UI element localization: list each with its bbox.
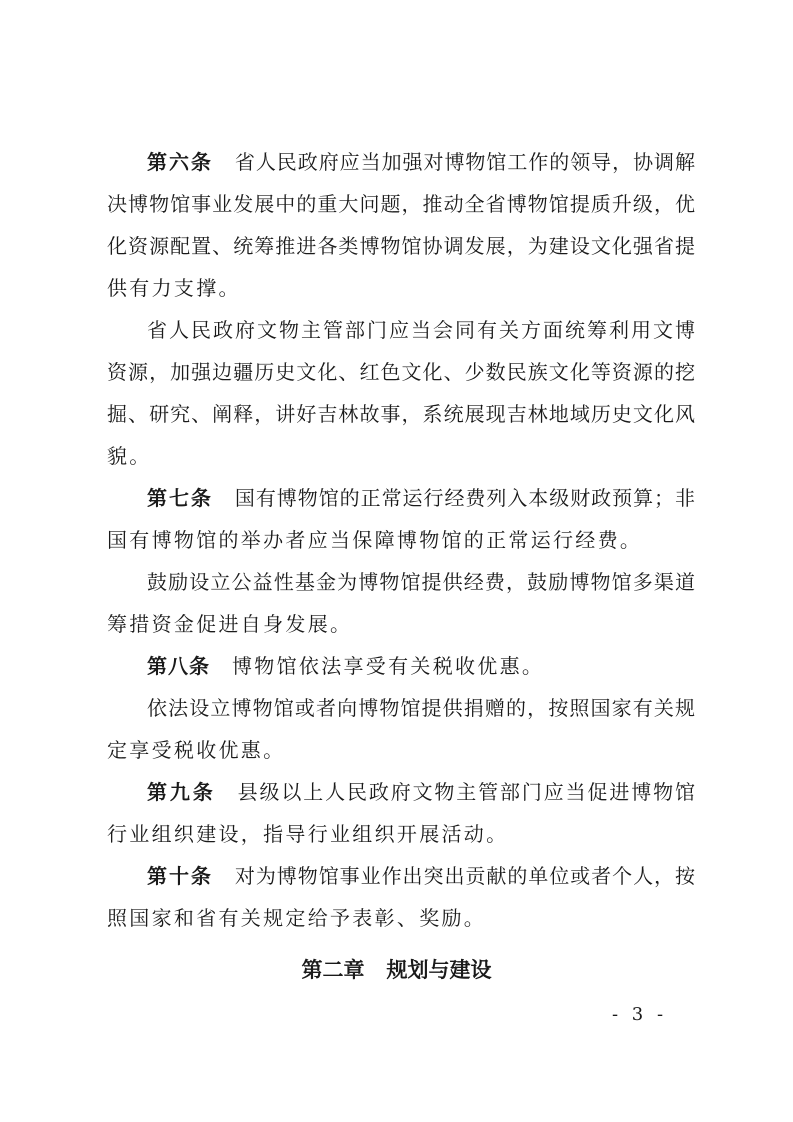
line-text: 县级以上人民政府文物主管部门应当促进博物馆 <box>238 780 695 804</box>
paragraph-line: 筹措资金促进自身发展。 <box>107 603 695 645</box>
paragraph-line: 依法设立博物馆或者向博物馆提供捐赠的，按照国家有关规 <box>147 687 695 729</box>
chapter-heading: 第二章规划与建设 <box>0 949 793 991</box>
line-text: 省人民政府应当加强对博物馆工作的领导，协调解 <box>235 150 695 174</box>
article-heading: 第六条 <box>147 150 213 174</box>
line-text: 国有博物馆的正常运行经费列入本级财政预算；非 <box>235 486 695 510</box>
chapter-number: 第二章 <box>302 958 365 982</box>
paragraph-line: 貌。 <box>107 435 695 477</box>
paragraph-line: 供有力支撑。 <box>107 267 695 309</box>
line-text: 博物馆依法享受有关税收优惠。 <box>232 654 544 678</box>
paragraph-line: 第七条国有博物馆的正常运行经费列入本级财政预算；非 <box>147 477 695 519</box>
article-heading: 第七条 <box>147 486 213 510</box>
article-heading: 第八条 <box>147 654 210 678</box>
paragraph-line: 第九条县级以上人民政府文物主管部门应当促进博物馆 <box>147 771 695 813</box>
paragraph-line: 省人民政府文物主管部门应当会同有关方面统筹利用文博 <box>147 309 695 351</box>
page-number: - 3 - <box>612 1000 667 1030</box>
paragraph-line: 化资源配置、统筹推进各类博物馆协调发展，为建设文化强省提 <box>107 225 695 267</box>
article-heading: 第十条 <box>147 864 213 888</box>
paragraph-line: 第六条省人民政府应当加强对博物馆工作的领导，协调解 <box>147 141 695 183</box>
article-heading: 第九条 <box>147 780 216 804</box>
paragraph-line: 定享受税收优惠。 <box>107 729 695 771</box>
paragraph-line: 掘、研究、阐释，讲好吉林故事，系统展现吉林地域历史文化风 <box>107 393 695 435</box>
paragraph-line: 国有博物馆的举办者应当保障博物馆的正常运行经费。 <box>107 519 695 561</box>
paragraph-line: 决博物馆事业发展中的重大问题，推动全省博物馆提质升级，优 <box>107 183 695 225</box>
paragraph-line: 鼓励设立公益性基金为博物馆提供经费，鼓励博物馆多渠道 <box>147 561 695 603</box>
paragraph-line: 资源，加强边疆历史文化、红色文化、少数民族文化等资源的挖 <box>107 351 695 393</box>
paragraph-line: 第八条博物馆依法享受有关税收优惠。 <box>147 645 695 687</box>
line-text: 对为博物馆事业作出突出贡献的单位或者个人，按 <box>235 864 695 888</box>
chapter-title: 规划与建设 <box>387 958 492 982</box>
paragraph-line: 照国家和省有关规定给予表彰、奖励。 <box>107 897 695 939</box>
paragraph-line: 行业组织建设，指导行业组织开展活动。 <box>107 813 695 855</box>
paragraph-line: 第十条对为博物馆事业作出突出贡献的单位或者个人，按 <box>147 855 695 897</box>
document-page: 第六条省人民政府应当加强对博物馆工作的领导，协调解 决博物馆事业发展中的重大问题… <box>0 0 793 1122</box>
